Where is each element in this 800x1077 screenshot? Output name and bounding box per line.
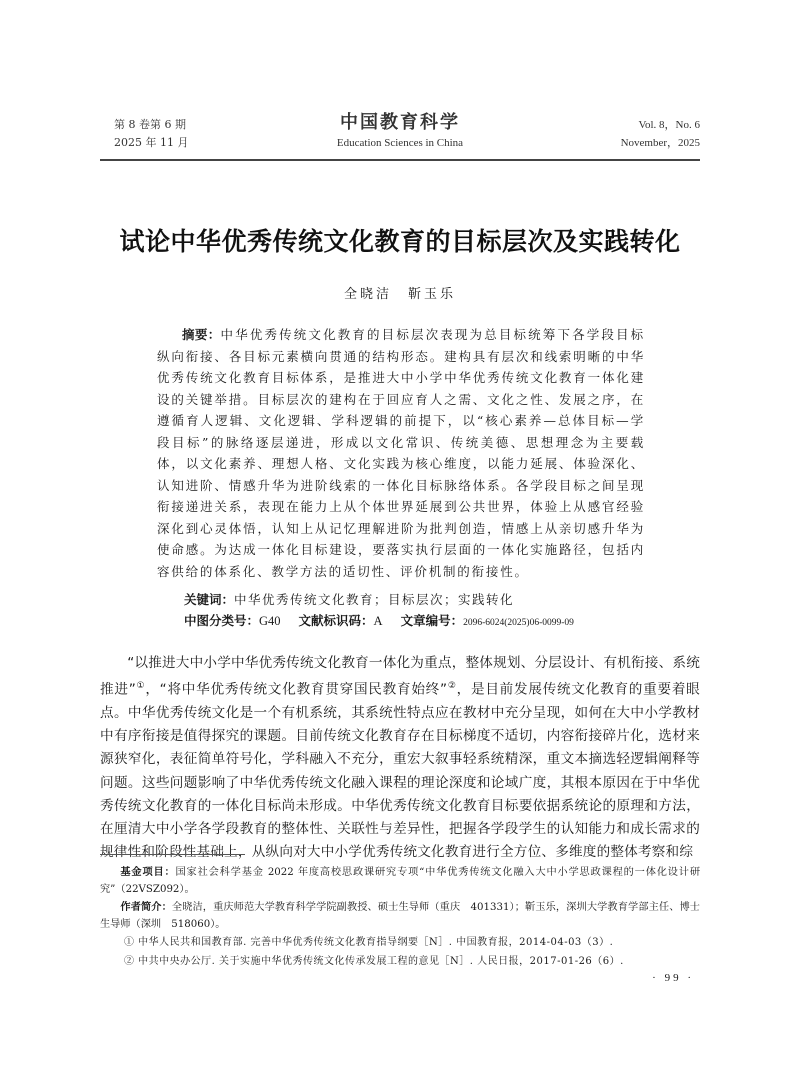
abstract-label: 摘要： xyxy=(182,327,221,342)
doc-code-value: A xyxy=(374,614,383,628)
footnote-ref-2[interactable]: ② xyxy=(447,681,456,691)
abstract: 摘要：中华优秀传统文化教育的目标层次表现为总目标统筹下各学段目标纵向衔接、各目标… xyxy=(157,324,645,582)
footnote-ref-1[interactable]: ① xyxy=(136,681,145,691)
author-info-text: 全晓洁，重庆师范大学教育科学学院副教授、硕士生导师（重庆 401331）；靳玉乐… xyxy=(100,902,700,930)
body-text-segment: ，“将中华优秀传统文化教育贯穿国民教育始终” xyxy=(145,682,447,698)
body-text: “以推进大中小学中华优秀传统文化教育一体化为重点，整体规划、分层设计、有机衔接、… xyxy=(100,652,700,864)
fund-note: 基金项目：国家社会科学基金 2022 年度高校思政课研究专项“中华优秀传统文化融… xyxy=(100,864,700,898)
author-note: 作者简介：全晓洁，重庆师范大学教育科学学院副教授、硕士生导师（重庆 401331… xyxy=(100,899,700,933)
article-no-label: 文章编号： xyxy=(401,613,464,628)
footnote-rule xyxy=(100,854,245,855)
author-name: 全晓洁 xyxy=(344,287,392,302)
fund-label: 基金项目： xyxy=(120,867,175,878)
header-right: Vol. 8，No. 6 November，2025 xyxy=(621,116,700,152)
journal-page: 第 8 卷第 6 期 2025 年 11 月 中国教育科学 Education … xyxy=(100,0,700,1077)
article-title: 试论中华优秀传统文化教育的目标层次及实践转化 xyxy=(100,222,700,258)
article-no-value: 2096-6024(2025)06-0099-09 xyxy=(463,618,574,628)
clc-value: G40 xyxy=(259,614,281,628)
author-name: 靳玉乐 xyxy=(408,287,456,302)
keywords: 关键词：中华优秀传统文化教育；目标层次；实践转化 xyxy=(184,589,514,610)
reference-notes: ① 中华人民共和国教育部. 完善中华优秀传统文化教育指导纲要［N］. 中国教育报… xyxy=(124,933,704,971)
journal-logo-cn: 中国教育科学 xyxy=(100,112,700,134)
fund-text: 国家社会科学基金 2022 年度高校思政课研究专项“中华优秀传统文化融入大中小学… xyxy=(100,867,700,895)
journal-name-en: Education Sciences in China xyxy=(100,134,700,152)
page-number: · 99 · xyxy=(652,972,694,984)
author-info-label: 作者简介： xyxy=(120,902,172,913)
header-rule xyxy=(100,159,700,161)
footnotes: 基金项目：国家社会科学基金 2022 年度高校思政课研究专项“中华优秀传统文化融… xyxy=(100,864,700,934)
keywords-label: 关键词： xyxy=(184,592,234,607)
running-header: 第 8 卷第 6 期 2025 年 11 月 中国教育科学 Education … xyxy=(100,116,700,158)
author-line: 全晓洁靳玉乐 xyxy=(100,283,700,302)
date-en: November，2025 xyxy=(621,134,700,152)
body-paragraph: “以推进大中小学中华优秀传统文化教育一体化为重点，整体规划、分层设计、有机衔接、… xyxy=(100,652,700,864)
body-text-segment: ，是目前发展传统文化教育的重要着眼点。中华优秀传统文化是一个有机系统，其系统性特… xyxy=(100,682,700,860)
doc-code-label: 文献标识码： xyxy=(299,613,374,628)
abstract-text: 中华优秀传统文化教育的目标层次表现为总目标统筹下各学段目标纵向衔接、各目标元素横… xyxy=(157,327,645,579)
keywords-text: 中华优秀传统文化教育；目标层次；实践转化 xyxy=(234,592,514,607)
reference-note: ① 中华人民共和国教育部. 完善中华优秀传统文化教育指导纲要［N］. 中国教育报… xyxy=(124,933,704,952)
classification-line: 中图分类号：G40 文献标识码：A 文章编号：2096-6024(2025)06… xyxy=(184,610,574,634)
header-center: 中国教育科学 Education Sciences in China xyxy=(100,112,700,152)
volume-issue-en: Vol. 8，No. 6 xyxy=(621,116,700,134)
reference-note: ② 中共中央办公厅. 关于实施中华优秀传统文化传承发展工程的意见［N］. 人民日… xyxy=(124,952,704,971)
clc-label: 中图分类号： xyxy=(184,613,259,628)
